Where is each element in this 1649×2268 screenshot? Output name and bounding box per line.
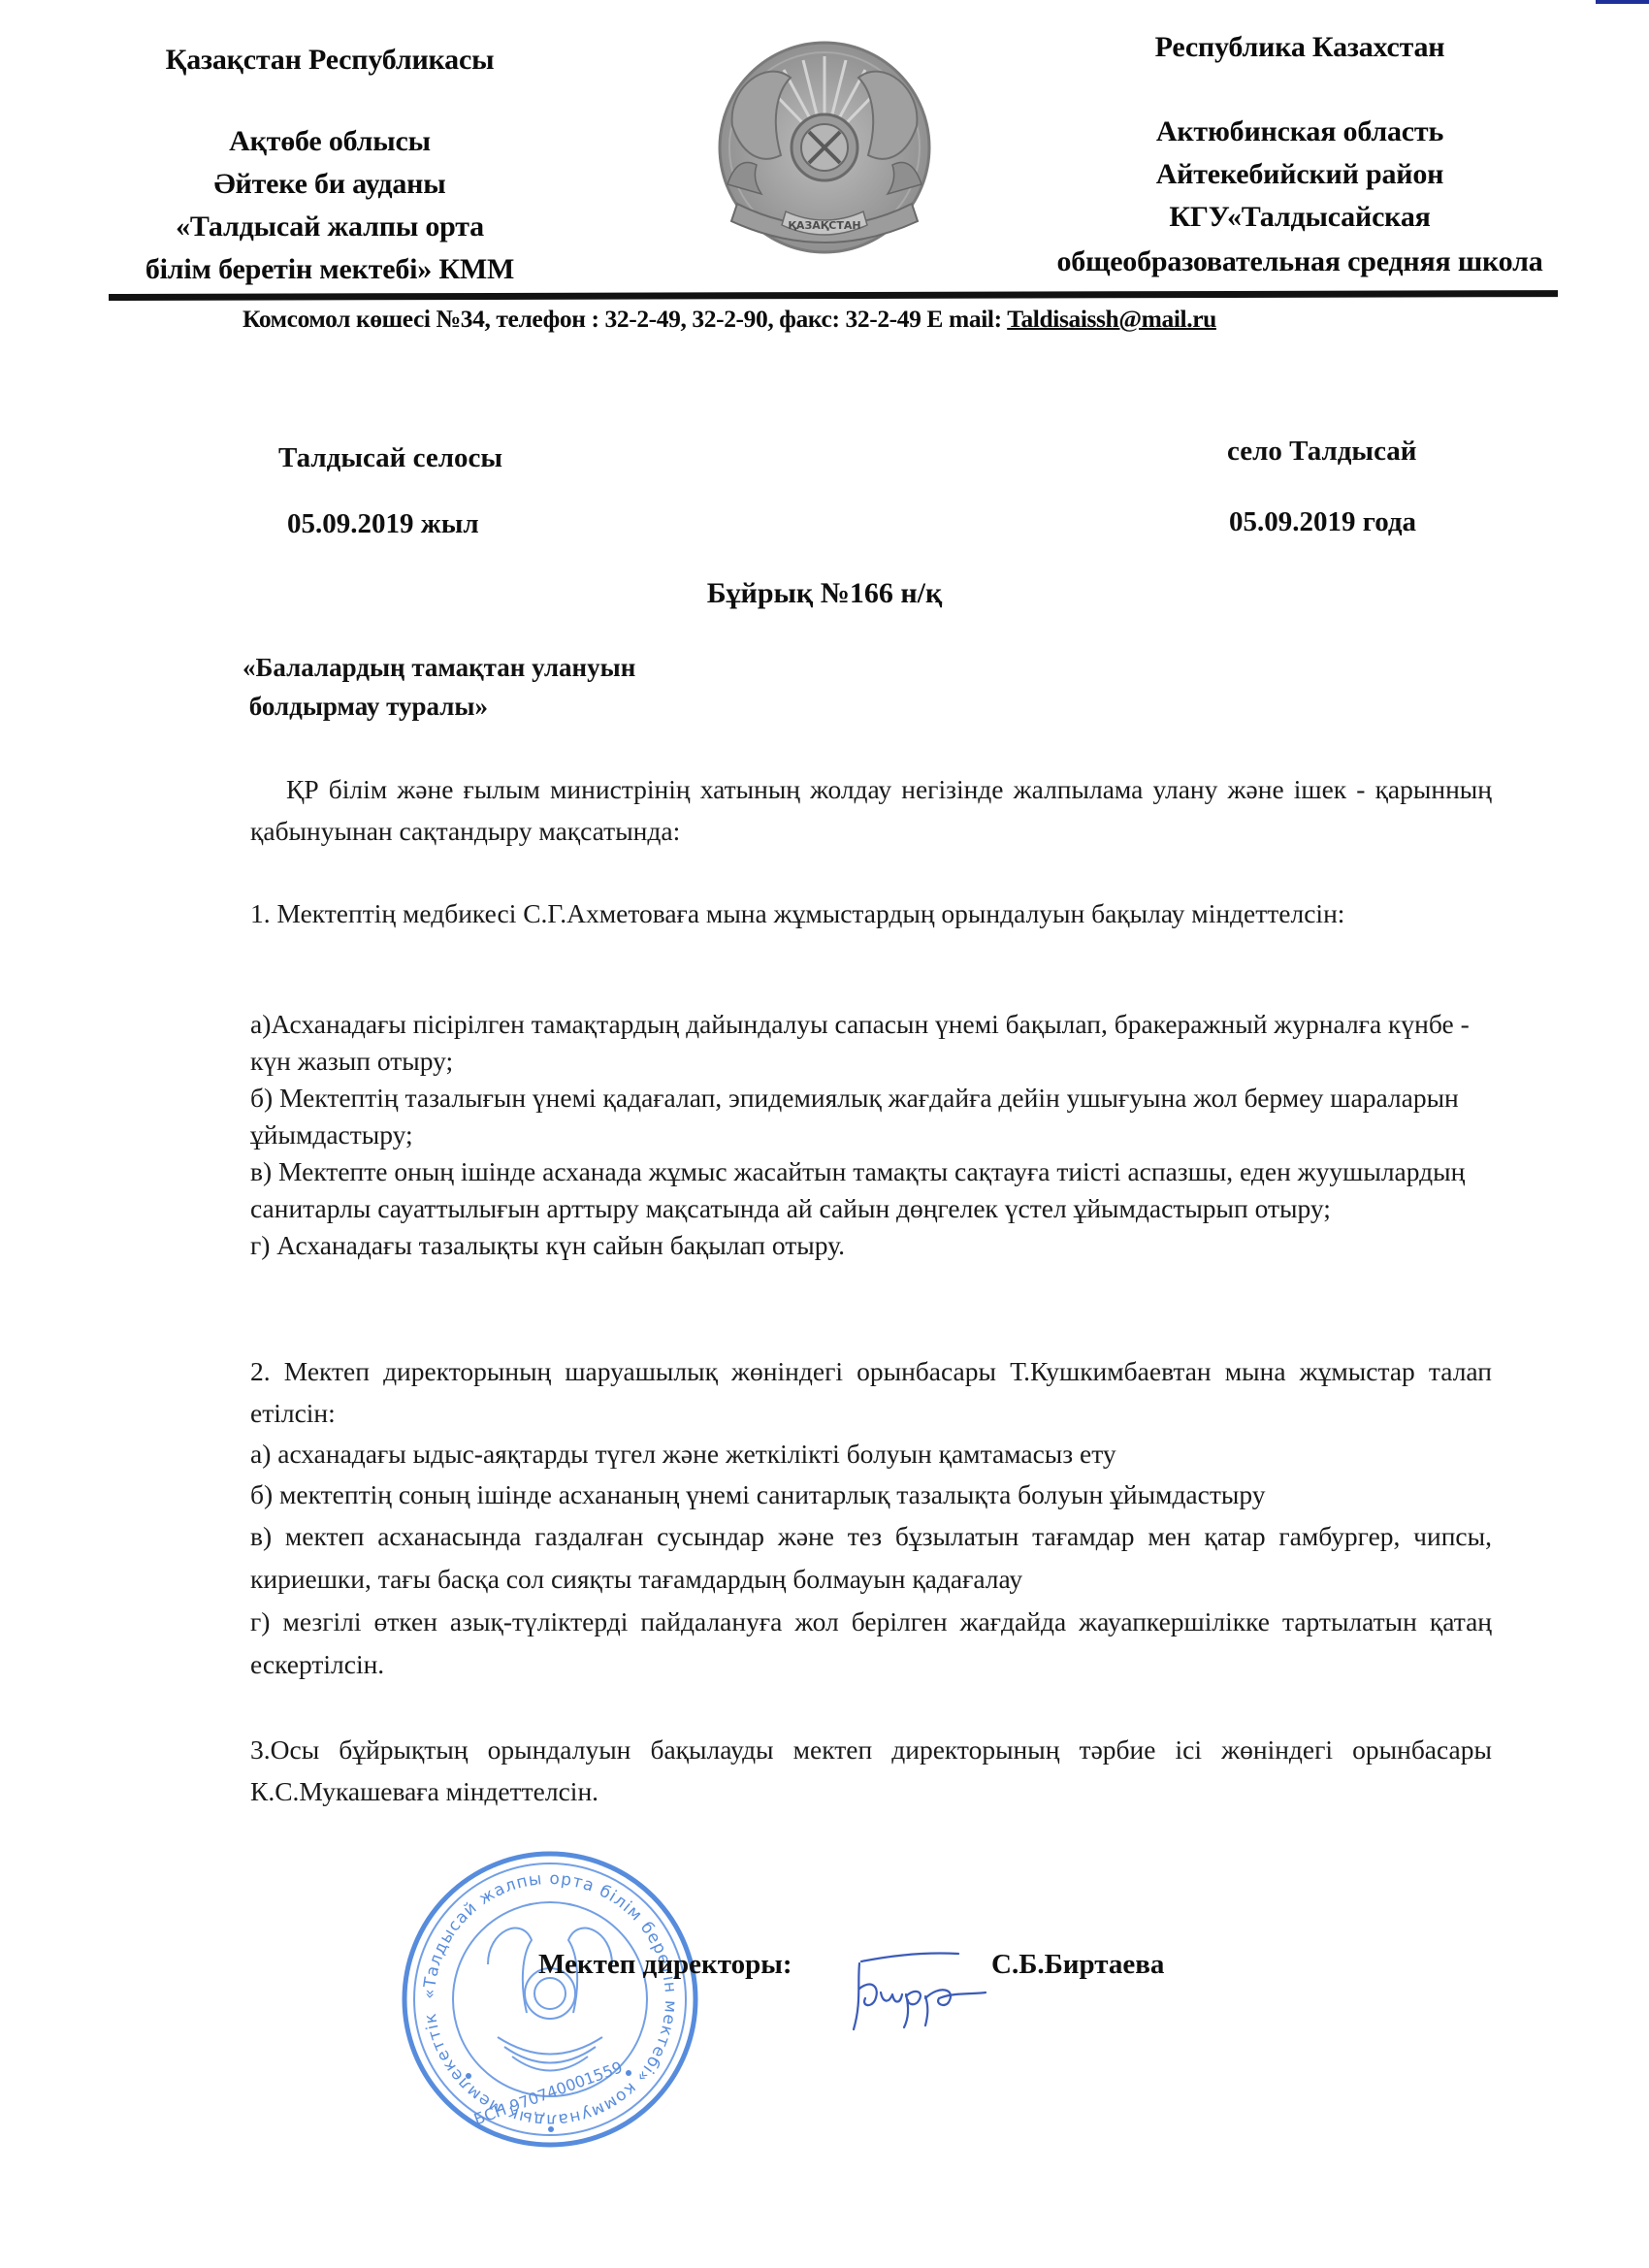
email-link[interactable]: Taldisaissh@mail.ru [1007, 305, 1216, 333]
scan-edge-mark [1596, 0, 1649, 4]
item2-g: г) мезгілі өткен азық-түліктерді пайдала… [250, 1601, 1492, 1686]
item1-b: б) Мектептің тазалығын үнемі қадағалап, … [250, 1080, 1492, 1153]
header-left-school-line2: білім беретін мектебі» КММ [97, 248, 563, 291]
item1-list: а)Асханадағы пісірілген тамақтардың дайы… [250, 1006, 1492, 1264]
header-left-country: Қазақстан Республикасы [97, 39, 563, 81]
item2-v: в) мектеп асханасында газдалған сусындар… [250, 1515, 1492, 1601]
contacts-text: Комсомол көшесі №34, телефон : 32-2-49, … [242, 305, 1007, 333]
header-left-region: Ақтөбе облысы [97, 120, 563, 163]
order-subject-line1: «Балалардың тамақтан улануын [242, 648, 635, 687]
item1-v: в) Мектепте оның ішінде асханада жұмыс ж… [250, 1153, 1492, 1227]
item2-b: б) мектептің соның ішінде асхананың үнем… [250, 1474, 1492, 1515]
header-right-country: Республика Казахстан [999, 26, 1600, 69]
header-divider [109, 290, 1558, 301]
emblem-label: ҚАЗАҚСТАН [788, 219, 860, 232]
director-name: С.Б.Биртаева [991, 1943, 1164, 1986]
item2-list: а) асханадағы ыдыс-аяқтарды түгел және ж… [250, 1434, 1492, 1686]
header-left: Қазақстан Республикасы Ақтөбе облысы Әйт… [97, 39, 563, 291]
header-left-school-line1: «Талдысай жалпы орта [97, 206, 563, 248]
header-right-region: Актюбинская область [999, 111, 1600, 153]
date-left: 05.09.2019 жыл [287, 504, 479, 543]
signature-icon [832, 1950, 997, 2035]
header-right-school-line1: КГУ«Талдысайская [999, 196, 1600, 239]
place-right: село Талдысай [1227, 432, 1417, 470]
date-right: 05.09.2019 года [1229, 502, 1416, 541]
order-subject: «Балалардың тамақтан улануын болдырмау т… [242, 648, 635, 726]
header-right-school-line2: общеобразовательная средняя школа [999, 241, 1600, 283]
item1-a: а)Асханадағы пісірілген тамақтардың дайы… [250, 1006, 1492, 1080]
item1-g: г) Асханадағы тазалықты күн сайын бақыла… [250, 1227, 1492, 1264]
order-subject-line2: болдырмау туралы» [242, 687, 635, 726]
header-right-district: Айтекебийский район [999, 153, 1600, 196]
contacts-line: Комсомол көшесі №34, телефон : 32-2-49, … [242, 301, 1503, 338]
item3: 3.Осы бұйрықтың орындалуын бақылауды мек… [250, 1729, 1492, 1812]
state-emblem-icon: ҚАЗАҚСТАН [689, 39, 960, 262]
official-stamp-icon: «Талдысай жалпы орта білім беретін мекте… [396, 1848, 704, 2151]
header-left-district: Әйтеке би ауданы [97, 163, 563, 206]
header-right: Республика Казахстан Актюбинская область… [999, 26, 1600, 283]
item2-a: а) асханадағы ыдыс-аяқтарды түгел және ж… [250, 1434, 1492, 1474]
item2-heading: 2. Мектеп директорының шаруашылық жөнінд… [250, 1350, 1492, 1434]
director-role: Мектеп директоры: [538, 1943, 792, 1986]
place-left: Талдысай селосы [278, 438, 502, 477]
order-title: Бұйрық №166 н/қ [0, 573, 1649, 614]
preamble: ҚР білім және ғылым министрінің хатының … [250, 768, 1492, 852]
item1-heading: 1. Мектептің медбикесі С.Г.Ахметоваға мы… [250, 892, 1492, 934]
